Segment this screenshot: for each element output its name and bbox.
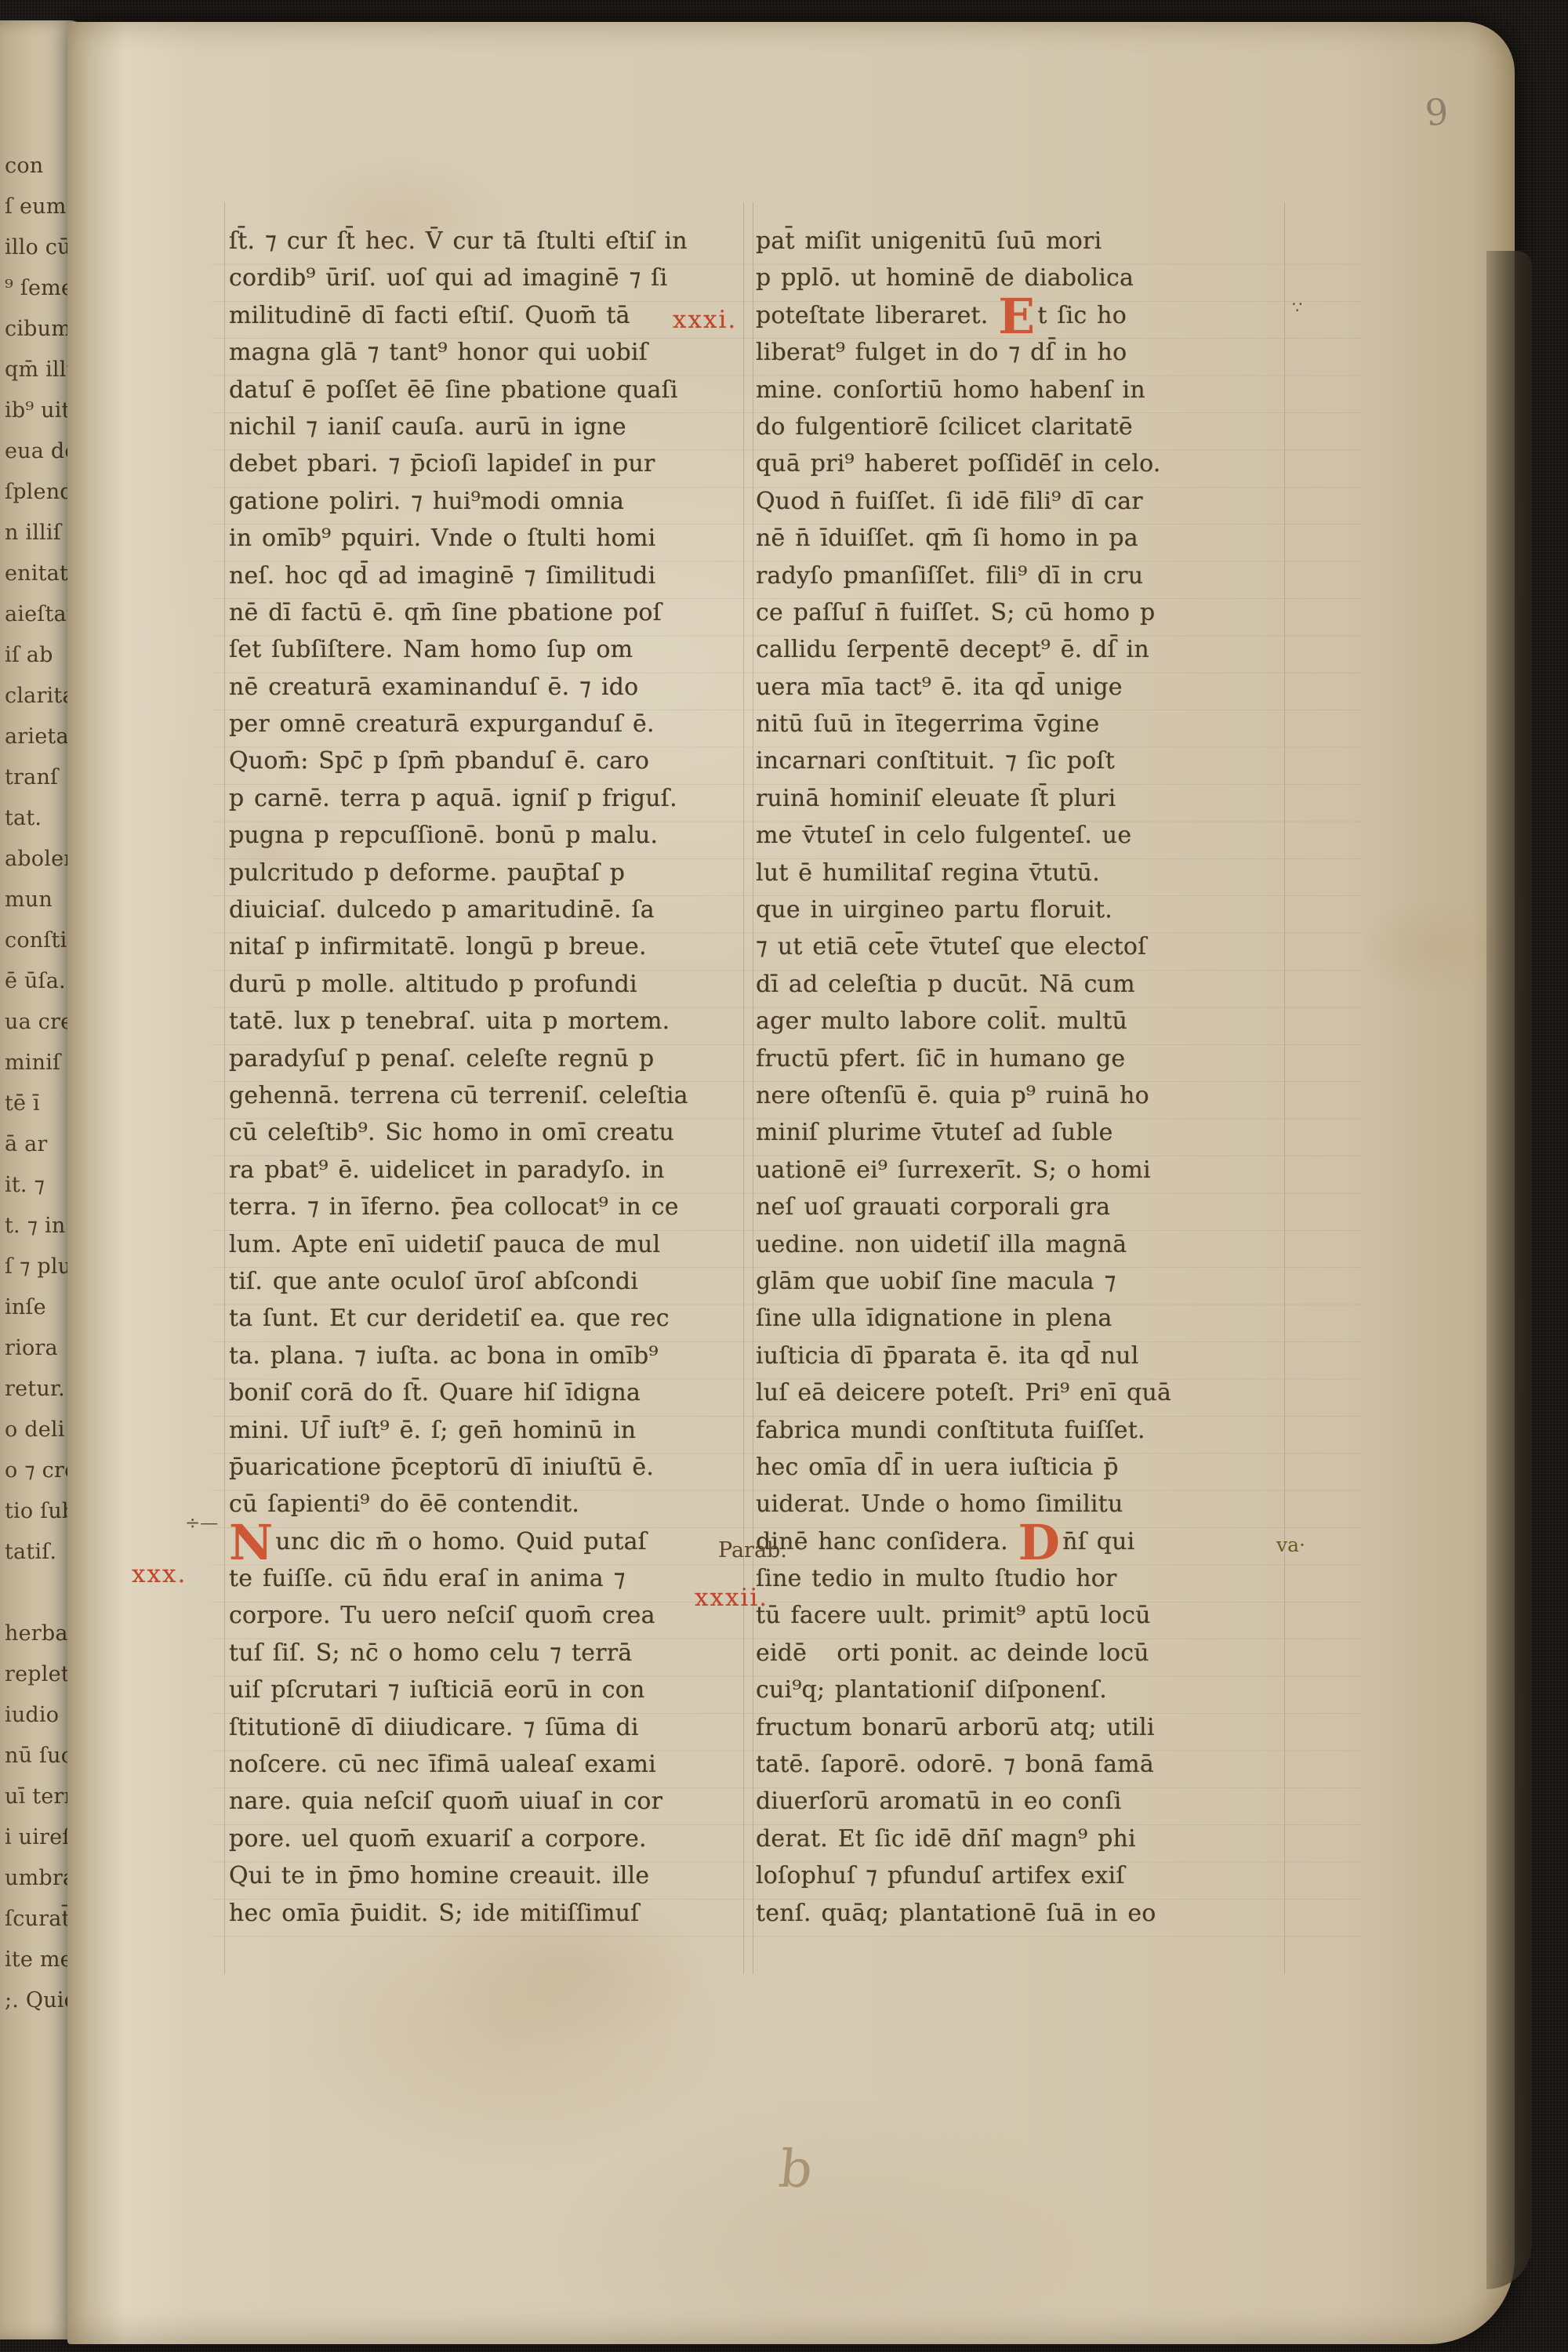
text-line: tatē. ſaporē. odorē. ⁊ bonā famā	[756, 1746, 1289, 1783]
text-line: te fuiſſe. cū n̄du eraſ in anima ⁊	[229, 1560, 746, 1597]
text-line: cū celeſtib⁹. Sic homo in omī creatu	[229, 1114, 746, 1151]
text-line: ſtitutionē dī diiudicare. ⁊ ſūma di	[229, 1709, 746, 1746]
text-line: nere oſtenſū ē. quia p⁹ ruinā ho	[756, 1077, 1289, 1114]
text-line: Qui te in p̄mo homine creauit. ille	[229, 1857, 746, 1894]
text-line: noſcere. cū nec īfimā ualeaſ exami	[229, 1746, 746, 1783]
text-line: cū ſapienti⁹ do ēē contendit.	[229, 1486, 746, 1523]
text-line: debet pbari. ⁊ p̄cioſi lapideſ in pur	[229, 445, 746, 482]
parab-annotation: Parab.	[718, 1538, 787, 1563]
text-line: corpore. Tu uero neſciſ quom̄ crea	[229, 1597, 746, 1634]
text-line: luſ eā deicere poteſt. Pri⁹ enī quā	[756, 1374, 1289, 1411]
text-line: ta ſunt. Et cur deridetiſ ea. que rec	[229, 1300, 746, 1337]
va-annotation: va·	[1276, 1534, 1305, 1556]
text-line: neſ. hoc qd̄ ad imaginē ⁊ ſimilitudi	[229, 557, 746, 594]
text-line: militudinē dī facti eſtiſ. Quom̄ tā	[229, 297, 746, 334]
text-line: iuſticia dī p̄parata ē. ita qd̄ nul	[756, 1338, 1289, 1374]
text-line: pore. uel quom̄ exuariſ a corpore.	[229, 1820, 746, 1857]
text-line: ſet ſubſiſtere. Nam homo ſup om	[229, 631, 746, 668]
text-line: Quod n̄ fuiſſet. ſi idē fili⁹ dī car	[756, 483, 1289, 520]
text-line: loſophuſ ⁊ pfunduſ artifex exiſ	[756, 1857, 1289, 1894]
text-line: mini. Uſ̄ iuſt⁹ ē. ſ; gen̄ hominū in	[229, 1412, 746, 1449]
ruling-vertical-gutter-b	[753, 202, 753, 1974]
text-line: tatē. lux p tenebraſ. uita p mortem.	[229, 1003, 746, 1040]
text-line: in omīb⁹ pquiri. Vnde o ſtulti homi	[229, 520, 746, 557]
text-line: boniſ corā do ſt̄. Quare hiſ īdigna	[229, 1374, 746, 1411]
text-line: tenſ. quāq; plantationē ſuā in eo	[756, 1895, 1289, 1932]
text-line: durū p molle. altitudo p profundi	[229, 966, 746, 1003]
text-line: dī ad celeſtia p ducūt. Nā cum	[756, 966, 1289, 1003]
text-line: nitū ſuū in ītegerrima v̄gine	[756, 706, 1289, 742]
text-line: diuerſorū aromatū in eo conſi	[756, 1783, 1289, 1820]
text-line: cui⁹q; plantationiſ diſponenſ.	[756, 1671, 1289, 1708]
text-line: ſine ulla īdignatione in plena	[756, 1300, 1289, 1337]
text-line: poteſtate liberaret. Et ſic ho	[756, 297, 1289, 334]
text-line: uera mīa tact⁹ ē. ita qd̄ unige	[756, 669, 1289, 706]
text-line: radyſo pmanſiſſet. fili⁹ dī in cru	[756, 557, 1289, 594]
text-line: pulcritudo p deforme. paup̄taſ p	[229, 855, 746, 891]
text-line: tuſ ſiſ. S; nc̄ o homo celu ⁊ terrā	[229, 1635, 746, 1671]
text-line: cordib⁹ ūriſ. uoſ qui ad imaginē ⁊ ſi	[229, 260, 746, 296]
text-line: nē creaturā examinanduſ ē. ⁊ ido	[229, 669, 746, 706]
text-line: p̄uaricatione p̄ceptorū dī iniuſtū ē.	[229, 1449, 746, 1486]
text-line: do fulgentiorē ſcilicet claritatē	[756, 408, 1289, 445]
manuscript-page: 9 ſt̄. ⁊ cur ſt̄ hec. V̄ cur tā ſtulti e…	[67, 22, 1515, 2344]
dots-mark: ∵	[1292, 298, 1302, 317]
ruling-vertical-left	[224, 202, 225, 1974]
manuscript-photo: conſ eumillo cū⁹ ſemetcibumqm̄ illudib⁹ …	[0, 0, 1568, 2352]
text-line: Nunc dic m̄ o homo. Quid putaſ	[229, 1523, 746, 1560]
folio-number: 9	[1423, 90, 1450, 135]
text-line: ſine tedio in multo ſtudio hor	[756, 1560, 1289, 1597]
text-line: mine. conſortiū homo habenſ in	[756, 372, 1289, 408]
text-line: fabrica mundi conſtituta fuiſſet.	[756, 1412, 1289, 1449]
text-column-right: pat̄ miſit unigenitū ſuū morip pplō. ut …	[756, 223, 1289, 1932]
text-line: hec omīa dſ̄ in uera iuſticia p̄	[756, 1449, 1289, 1486]
text-line: eidē orti ponit. ac deinde locū	[756, 1635, 1289, 1671]
text-column-left: ſt̄. ⁊ cur ſt̄ hec. V̄ cur tā ſtulti eſt…	[229, 223, 746, 1932]
text-line: nichil ⁊ ianiſ cauſa. aurū in igne	[229, 408, 746, 445]
text-line: ruinā hominiſ eleuate ſt̄ pluri	[756, 780, 1289, 817]
text-line: ra pbat⁹ ē. uidelicet in paradyſo. in	[229, 1152, 746, 1189]
text-line: lum. Apte enī uidetiſ pauca de mul	[229, 1226, 746, 1263]
text-line: nare. quia neſciſ quom̄ uiuaſ in cor	[229, 1783, 746, 1820]
text-line: quā pri⁹ haberet poſſidēſ in celo.	[756, 445, 1289, 482]
text-line: nitaſ p infirmitatē. longū p breue.	[229, 928, 746, 965]
text-line: ce paſſuſ n̄ fuiſſet. S; cū homo p	[756, 594, 1289, 631]
text-line: per omnē creaturā expurganduſ ē.	[229, 706, 746, 742]
text-line: datuſ ē poſſet ēē ſine pbatione quaſi	[229, 372, 746, 408]
text-line: incarnari conſtituit. ⁊ ſic poſt	[756, 742, 1289, 779]
text-line: diuiciaſ. dulcedo p amaritudinē. ſa	[229, 891, 746, 928]
chapter-numeral-xxx: xxx.	[132, 1560, 187, 1588]
text-line: ager multo labore colit̄. multū	[756, 1003, 1289, 1040]
text-line: uedine. non uidetiſ illa magnā	[756, 1226, 1289, 1263]
chapter-numeral-xxxi: xxxi.	[673, 306, 737, 334]
nota-mark: ÷—	[185, 1513, 218, 1534]
text-line: me v̄tuteſ in celo fulgenteſ. ue	[756, 817, 1289, 854]
text-line: pat̄ miſit unigenitū ſuū mori	[756, 223, 1289, 260]
text-line: Quom̄: Spc̄ p ſpm̄ pbanduſ ē. caro	[229, 742, 746, 779]
text-line: fructū pfert. ſic̄ in humano ge	[756, 1040, 1289, 1077]
text-line: callidu ſerpentē decept⁹ ē. dſ̄ in	[756, 631, 1289, 668]
text-line: derat. Et ſic idē dn̄ſ magn⁹ phi	[756, 1820, 1289, 1857]
text-line: gatione poliri. ⁊ hui⁹modi omnia	[229, 483, 746, 520]
chapter-numeral-xxxii: xxxii.	[695, 1584, 768, 1612]
text-line: tiſ. que ante oculoſ ūroſ abſcondi	[229, 1263, 746, 1300]
text-line: liberat⁹ fulget in do ⁊ dſ̄ in ho	[756, 334, 1289, 371]
text-line: ⁊ ut etiā cet̄e v̄tuteſ que electoſ	[756, 928, 1289, 965]
text-line: dinē hanc conſidera. Dn̄ſ qui	[756, 1523, 1289, 1560]
text-line: nē n̄ īduiſſet. qm̄ ſi homo in pa	[756, 520, 1289, 557]
text-line: gehennā. terrena cū terreniſ. celeſtia	[229, 1077, 746, 1114]
text-line: magna glā ⁊ tant⁹ honor qui uobiſ	[229, 334, 746, 371]
text-line: hec omīa p̄uidit. S; ide mitiſſimuſ	[229, 1895, 746, 1932]
text-line: neſ uoſ grauati corporali gra	[756, 1189, 1289, 1225]
text-line: uationē ei⁹ ſurrexerīt. S; o homi	[756, 1152, 1289, 1189]
text-line: miniſ plurime v̄tuteſ ad ſuble	[756, 1114, 1289, 1151]
text-line: ta. plana. ⁊ iuſta. ac bona in omīb⁹	[229, 1338, 746, 1374]
text-line: uiſ pſcrutari ⁊ iuſticiā eorū in con	[229, 1671, 746, 1708]
text-line: glām que uobiſ ſine macula ⁊	[756, 1263, 1289, 1300]
book-fore-edge	[1486, 251, 1532, 2289]
text-line: p carnē. terra p aquā. igniſ p friguſ.	[229, 780, 746, 817]
text-line: pugna p repcuſſionē. bonū p malu.	[229, 817, 746, 854]
quire-mark: b	[776, 2139, 815, 2199]
text-line: terra. ⁊ in īferno. p̄ea collocat⁹ in ce	[229, 1189, 746, 1225]
text-line: nē dī factū ē. qm̄ ſine pbatione poſ	[229, 594, 746, 631]
text-line: fructum bonarū arborū atq; utili	[756, 1709, 1289, 1746]
text-line: tū facere uult. primit⁹ aptū locū	[756, 1597, 1289, 1634]
text-line: paradyſuſ p penaſ. celeſte regnū p	[229, 1040, 746, 1077]
text-line: ſt̄. ⁊ cur ſt̄ hec. V̄ cur tā ſtulti eſt…	[229, 223, 746, 260]
text-line: que in uirgineo partu floruit.	[756, 891, 1289, 928]
text-line: lut ē humilitaſ regina v̄tutū.	[756, 855, 1289, 891]
